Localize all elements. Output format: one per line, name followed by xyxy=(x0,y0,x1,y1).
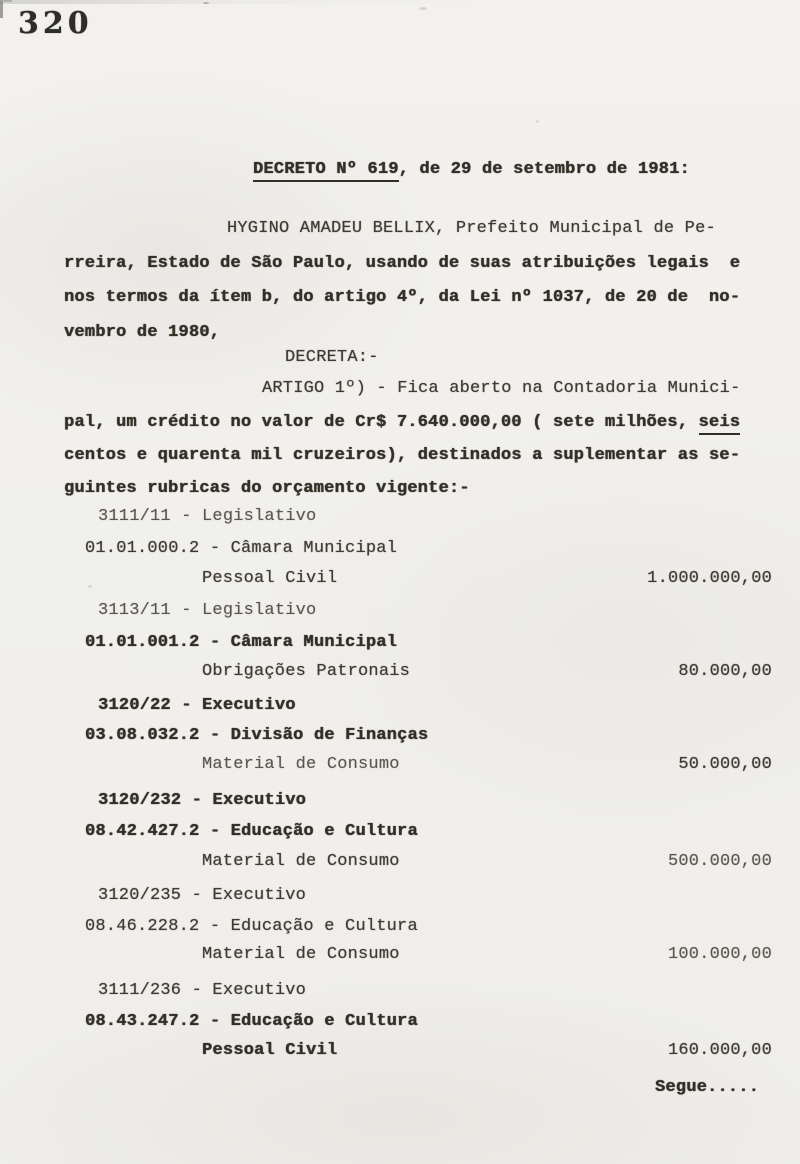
scanned-document-page: 320 DECRETO Nº 619, de 29 de setembro de… xyxy=(0,0,800,1164)
budget-item-amount: 500.000,00 xyxy=(668,852,772,872)
budget-item-category: Pessoal Civil xyxy=(202,1041,337,1061)
budget-item-category: Material de Consumo xyxy=(202,852,400,872)
budget-item-account: 01.01.000.2 - Câmara Municipal xyxy=(85,539,397,559)
scan-speck xyxy=(419,7,427,10)
article1-line-2-main: pal, um crédito no valor de Cr$ 7.640.00… xyxy=(64,413,699,432)
budget-item-category: Material de Consumo xyxy=(202,755,400,775)
budget-item-code: 3113/11 - Legislativo xyxy=(98,601,316,621)
decree-title-date: , de 29 de setembro de 1981: xyxy=(399,160,690,179)
budget-item-account: 08.42.427.2 - Educação e Cultura xyxy=(85,822,418,842)
preamble-line-2: rreira, Estado de São Paulo, usando de s… xyxy=(64,254,740,274)
decree-title-number: DECRETO Nº 619 xyxy=(253,160,399,182)
budget-item-amount: 100.000,00 xyxy=(668,945,772,965)
budget-item-amount: 80.000,00 xyxy=(678,662,772,682)
budget-item-code: 3120/22 - Executivo xyxy=(98,696,296,716)
budget-item-code: 3120/235 - Executivo xyxy=(98,886,306,906)
article1-line-2: pal, um crédito no valor de Cr$ 7.640.00… xyxy=(64,413,740,433)
budget-item-account: 08.46.228.2 - Educação e Cultura xyxy=(85,917,418,937)
scan-edge-shade xyxy=(0,0,800,4)
page-number: 320 xyxy=(18,6,93,41)
article1-line-1: ARTIGO 1º) - Fica aberto na Contadoria M… xyxy=(262,379,740,399)
article1-line-2-underlined: seis xyxy=(699,413,741,435)
budget-item-amount: 50.000,00 xyxy=(678,755,772,775)
decreta-heading: DECRETA:- xyxy=(285,348,379,368)
budget-item-category: Material de Consumo xyxy=(202,945,400,965)
scan-speck xyxy=(203,2,209,4)
decree-title: DECRETO Nº 619, de 29 de setembro de 198… xyxy=(253,160,690,180)
preamble-line-4: vembro de 1980, xyxy=(64,323,220,343)
budget-item-amount: 1.000.000,00 xyxy=(647,569,772,589)
budget-item-category: Pessoal Civil xyxy=(202,569,337,589)
budget-item-code: 3120/232 - Executivo xyxy=(98,791,306,811)
preamble-line-3: nos termos da ítem b, do artigo 4º, da L… xyxy=(64,288,740,308)
scan-speck xyxy=(536,120,539,123)
budget-item-code: 3111/236 - Executivo xyxy=(98,981,306,1001)
budget-item-amount: 160.000,00 xyxy=(668,1041,772,1061)
budget-item-account: 08.43.247.2 - Educação e Cultura xyxy=(85,1012,418,1032)
article1-line-4: guintes rubricas do orçamento vigente:- xyxy=(64,479,470,499)
article1-line-3: centos e quarenta mil cruzeiros), destin… xyxy=(64,446,740,466)
budget-item-category: Obrigações Patronais xyxy=(202,662,410,682)
continuation-note: Segue..... xyxy=(655,1078,759,1098)
budget-item-code: 3111/11 - Legislativo xyxy=(98,507,316,527)
preamble-line-1: HYGINO AMADEU BELLIX, Prefeito Municipal… xyxy=(227,219,716,239)
budget-item-account: 01.01.001.2 - Câmara Municipal xyxy=(85,633,397,653)
budget-item-account: 03.08.032.2 - Divisão de Finanças xyxy=(85,726,428,746)
scan-speck xyxy=(88,585,92,588)
